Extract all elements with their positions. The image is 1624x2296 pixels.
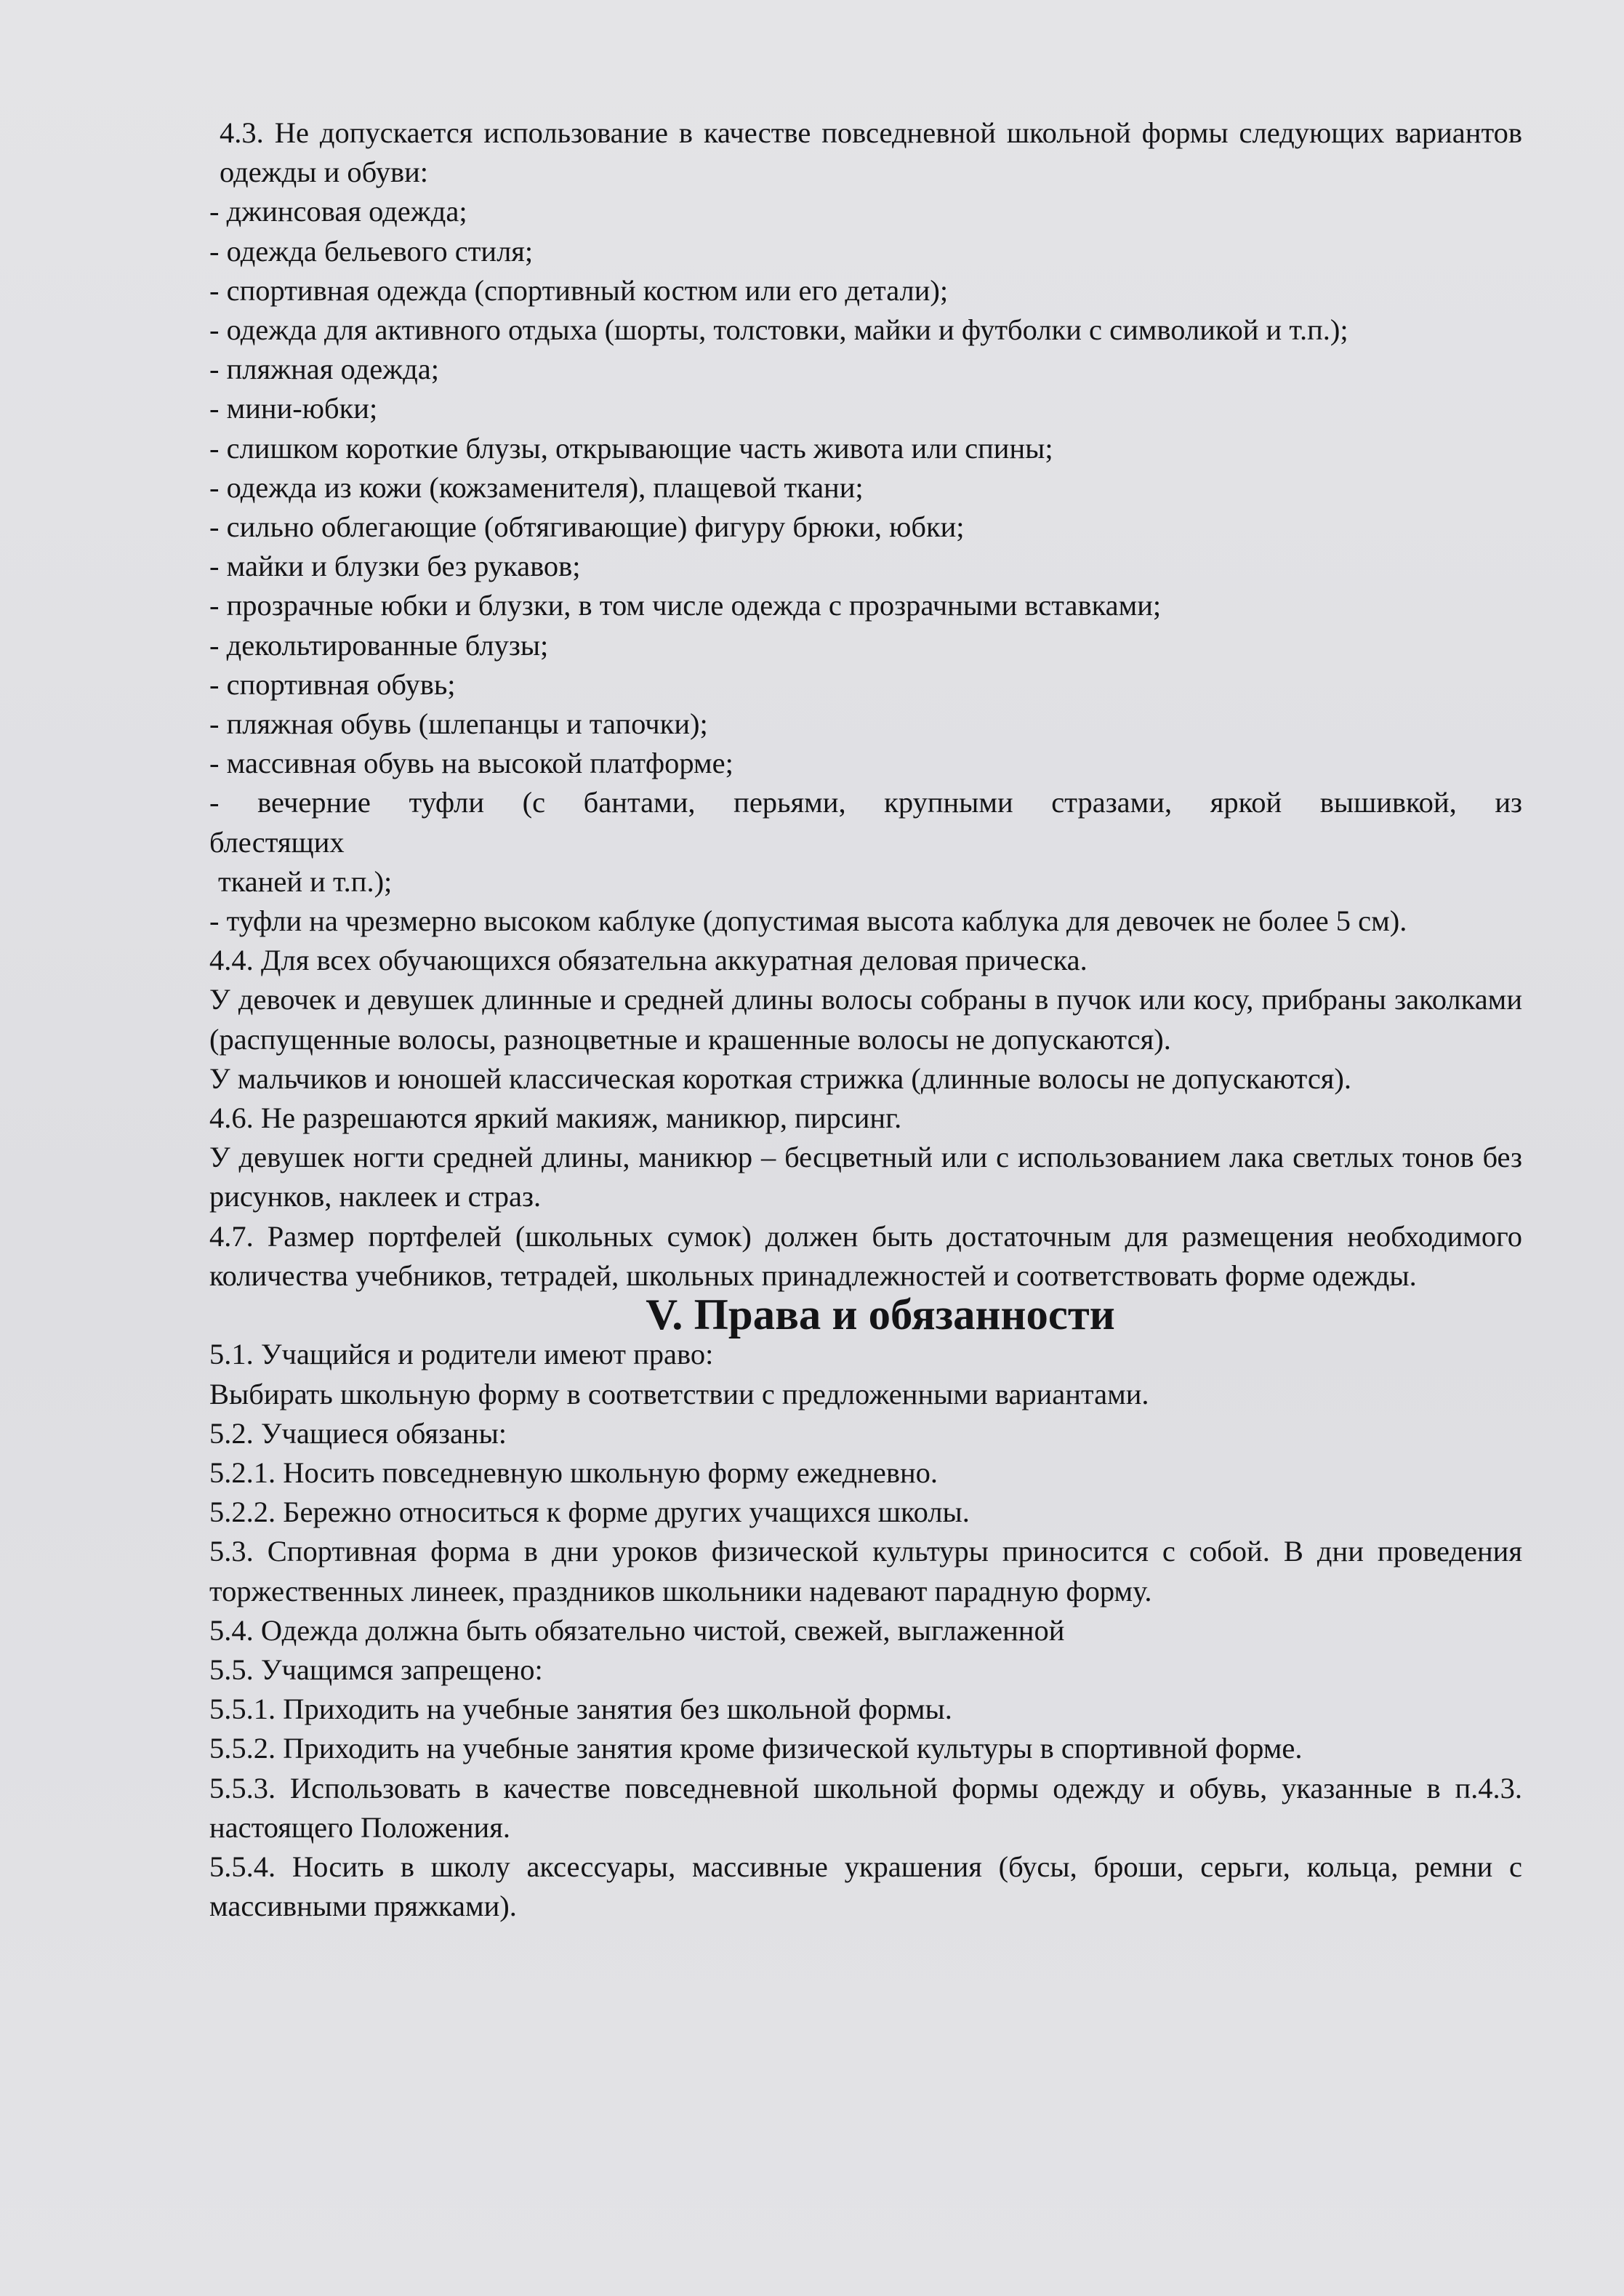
- list-item: - декольтированные блузы;: [209, 626, 1522, 665]
- paragraph-nails: У девушек ногти средней длины, маникюр –…: [209, 1138, 1522, 1216]
- paragraph-5-2-1: 5.2.1. Носить повседневную школьную форм…: [209, 1453, 1522, 1493]
- document-page: 4.3. Не допускается использование в каче…: [209, 113, 1522, 1926]
- paragraph-5-2-2: 5.2.2. Бережно относиться к форме других…: [209, 1493, 1522, 1532]
- paragraph-4-6: 4.6. Не разрешаются яркий макияж, маникю…: [209, 1099, 1522, 1138]
- list-item: - джинсовая одежда;: [209, 192, 1522, 231]
- paragraph-5-5-1: 5.5.1. Приходить на учебные занятия без …: [209, 1690, 1522, 1729]
- list-item: - спортивная одежда (спортивный костюм и…: [209, 271, 1522, 310]
- paragraph-5-3: 5.3. Спортивная форма в дни уроков физич…: [209, 1532, 1522, 1610]
- list-item: - одежда для активного отдыха (шорты, то…: [209, 310, 1522, 350]
- paragraph-5-4: 5.4. Одежда должна быть обязательно чист…: [209, 1611, 1522, 1650]
- forbidden-items-list: - джинсовая одежда; - одежда бельевого с…: [209, 192, 1522, 941]
- paragraph-5-5: 5.5. Учащимся запрещено:: [209, 1650, 1522, 1690]
- paragraph-4-7: 4.7. Размер портфелей (школьных сумок) д…: [209, 1217, 1522, 1296]
- paragraph-girls-hair: У девочек и девушек длинные и средней дл…: [209, 980, 1522, 1059]
- paragraph-5-2: 5.2. Учащиеся обязаны:: [209, 1414, 1522, 1453]
- list-item: - спортивная обувь;: [209, 665, 1522, 705]
- paragraph-4-4: 4.4. Для всех обучающихся обязательна ак…: [209, 941, 1522, 980]
- section-5-list: 5.1. Учащийся и родители имеют право: Вы…: [209, 1335, 1522, 1926]
- list-item: - пляжная обувь (шлепанцы и тапочки);: [209, 705, 1522, 744]
- paragraph-5-5-2: 5.5.2. Приходить на учебные занятия кром…: [209, 1729, 1522, 1768]
- paragraph-4-3-intro: 4.3. Не допускается использование в каче…: [209, 113, 1522, 192]
- list-item: - сильно облегающие (обтягивающие) фигур…: [209, 507, 1522, 547]
- list-item-evening-shoes-line1: - вечерние туфли (с бантами, перьями, кр…: [209, 783, 1522, 822]
- list-item: - массивная обувь на высокой платформе;: [209, 744, 1522, 783]
- list-item: - одежда из кожи (кожзаменителя), плащев…: [209, 468, 1522, 507]
- list-item: - майки и блузки без рукавов;: [209, 547, 1522, 586]
- list-item: - слишком короткие блузы, открывающие ча…: [209, 429, 1522, 468]
- section-heading-rights-duties: V. Права и обязанности: [209, 1296, 1522, 1335]
- paragraph-5-1-text: Выбирать школьную форму в соответствии с…: [209, 1375, 1522, 1414]
- paragraph-5-5-4: 5.5.4. Носить в школу аксессуары, массив…: [209, 1847, 1522, 1926]
- list-item-evening-shoes-line3: тканей и т.п.);: [209, 862, 1522, 902]
- list-item-high-heels: - туфли на чрезмерно высоком каблуке (до…: [209, 902, 1522, 941]
- list-item: - прозрачные юбки и блузки, в том числе …: [209, 586, 1522, 625]
- list-item: - одежда бельевого стиля;: [209, 232, 1522, 271]
- paragraph-5-1: 5.1. Учащийся и родители имеют право:: [209, 1335, 1522, 1374]
- paragraph-boys-hair: У мальчиков и юношей классическая коротк…: [209, 1059, 1522, 1099]
- list-item-evening-shoes-line2: блестящих: [209, 823, 1522, 862]
- paragraph-5-5-3: 5.5.3. Использовать в качестве повседнев…: [209, 1769, 1522, 1847]
- list-item: - мини-юбки;: [209, 389, 1522, 428]
- list-item: - пляжная одежда;: [209, 350, 1522, 389]
